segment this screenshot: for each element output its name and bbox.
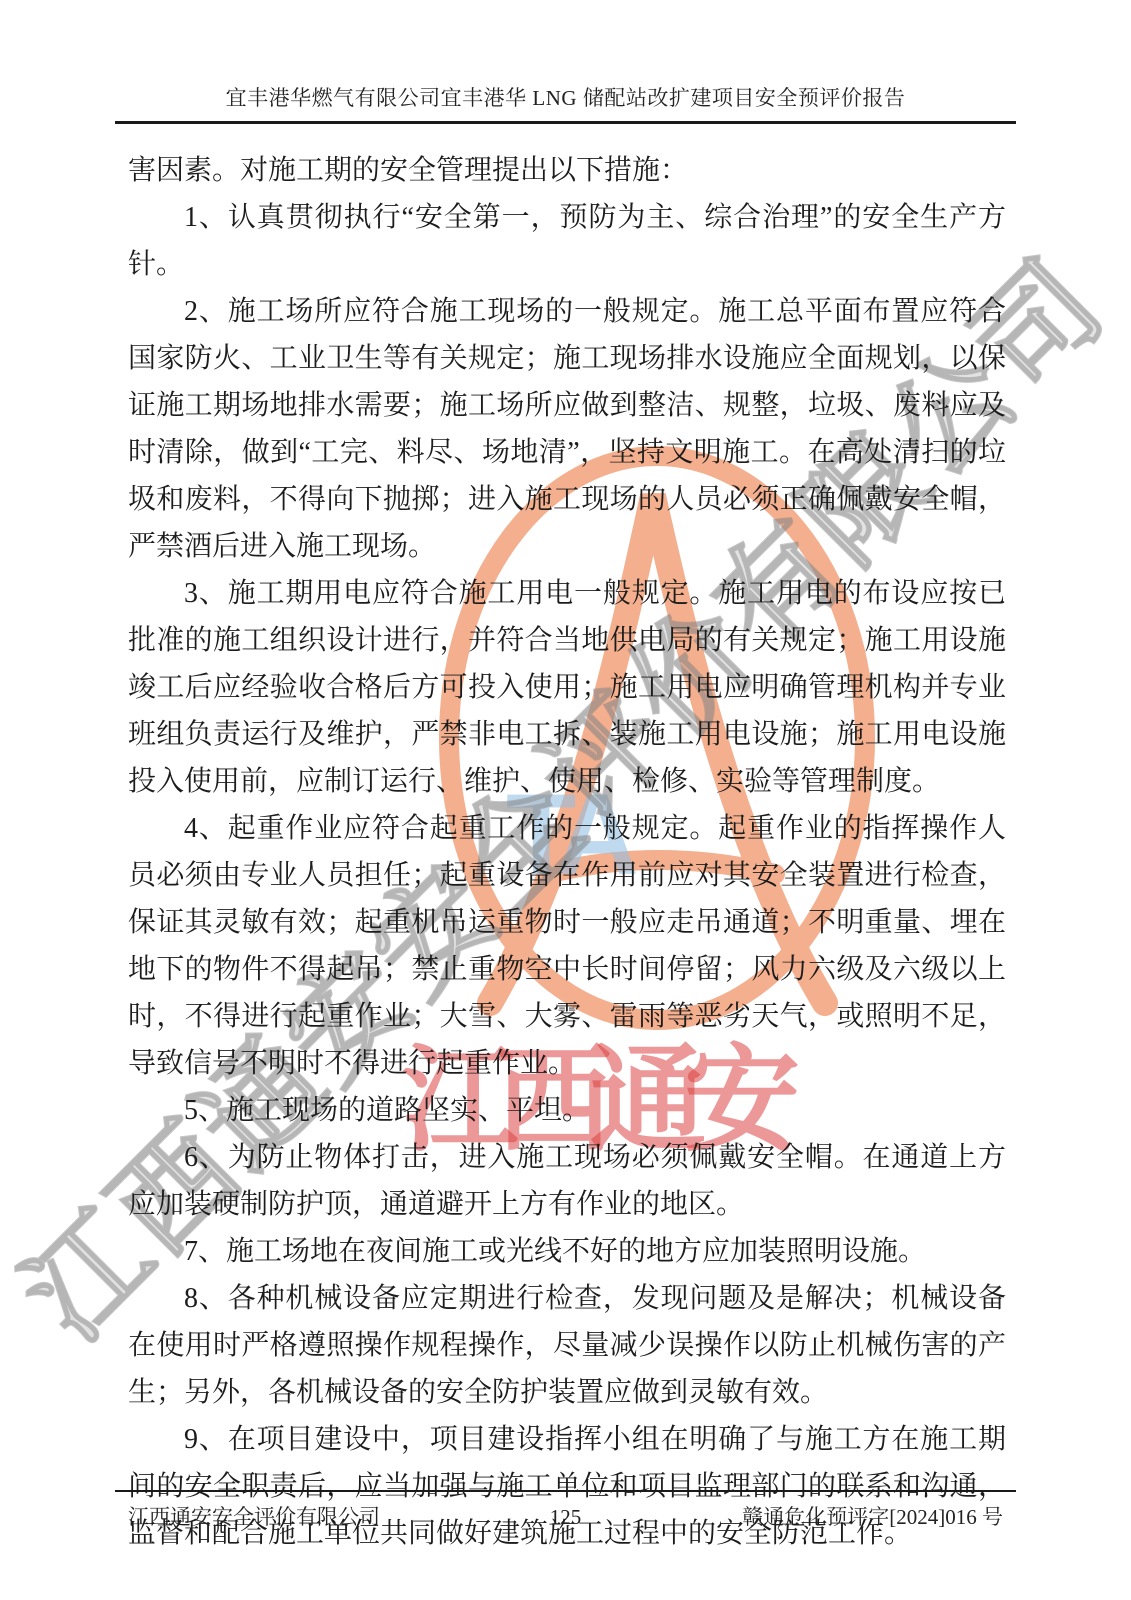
report-title: 宜丰港华燃气有限公司宜丰港华 LNG 储配站改扩建项目安全预评价报告 (115, 82, 1016, 112)
footer-company-name: 江西通安安全评价有限公司 (128, 1501, 550, 1531)
paragraph: 5、施工现场的道路坚实、平坦。 (128, 1087, 1006, 1134)
footer-divider (115, 1490, 1016, 1492)
paragraph: 7、施工场地在夜间施工或光线不好的地方应加装照明设施。 (128, 1228, 1006, 1275)
paragraph: 9、在项目建设中，项目建设指挥小组在明确了与施工方在施工期间的安全职责后，应当加… (128, 1416, 1006, 1557)
page-content: 宜丰港华燃气有限公司宜丰港华 LNG 储配站改扩建项目安全预评价报告 害因素。对… (0, 0, 1131, 1600)
page-number: 125 (550, 1505, 582, 1530)
report-body: 害因素。对施工期的安全管理提出以下措施：1、认真贯彻执行“安全第一，预防为主、综… (128, 147, 1006, 1557)
paragraph: 2、施工场所应符合施工现场的一般规定。施工总平面布置应符合国家防火、工业卫生等有… (128, 288, 1006, 570)
page-footer: 江西通安安全评价有限公司 125 赣通危化预评字[2024]016 号 (128, 1501, 1003, 1531)
paragraph: 6、为防止物体打击，进入施工现场必须佩戴安全帽。在通道上方应加装硬制防护顶，通道… (128, 1134, 1006, 1228)
report-page: TA 江西通安安全评价有限公司 江西通安 宜丰港华燃气有限公司宜丰港华 LNG … (0, 0, 1131, 1600)
page-header: 宜丰港华燃气有限公司宜丰港华 LNG 储配站改扩建项目安全预评价报告 (115, 82, 1016, 124)
footer-document-number: 赣通危化预评字[2024]016 号 (581, 1501, 1003, 1531)
paragraph: 4、起重作业应符合起重工作的一般规定。起重作业的指挥操作人员必须由专业人员担任；… (128, 805, 1006, 1087)
paragraph: 害因素。对施工期的安全管理提出以下措施： (128, 147, 1006, 194)
paragraph: 8、各种机械设备应定期进行检查，发现问题及是解决；机械设备在使用时严格遵照操作规… (128, 1275, 1006, 1416)
paragraph: 1、认真贯彻执行“安全第一，预防为主、综合治理”的安全生产方针。 (128, 194, 1006, 288)
paragraph: 3、施工期用电应符合施工用电一般规定。施工用电的布设应按已批准的施工组织设计进行… (128, 570, 1006, 805)
